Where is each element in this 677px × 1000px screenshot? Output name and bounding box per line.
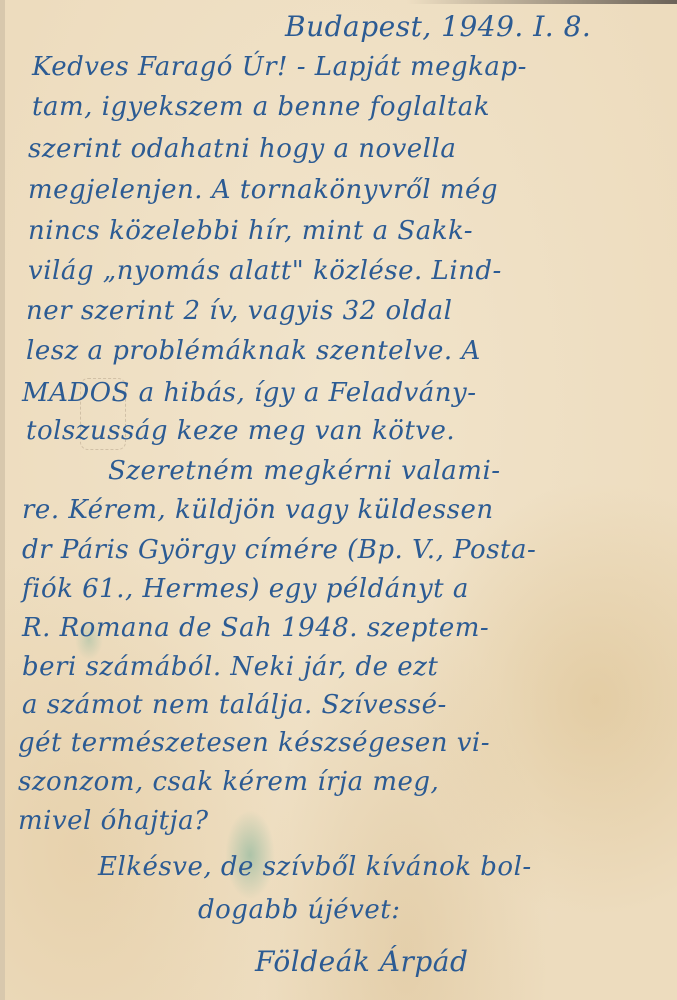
letter-line: re. Kérem, küldjön vagy küldessen xyxy=(22,495,494,525)
letter-line: szonzom, csak kérem írja meg, xyxy=(18,767,439,797)
postcard-back: Budapest, 1949. I. 8. Kedves Faragó Úr! … xyxy=(0,0,677,1000)
letter-line: lesz a problémáknak szentelve. A xyxy=(26,336,481,366)
letter-line: dr Páris György címére (Bp. V., Posta- xyxy=(22,535,536,565)
letter-line: R. Romana de Sah 1948. szeptem- xyxy=(22,613,489,643)
letter-line: MADOS a hibás, így a Feladvány- xyxy=(22,378,477,408)
letter-line: világ „nyomás alatt" közlése. Lind- xyxy=(28,256,502,286)
letter-line: tam, igyekszem a benne foglaltak xyxy=(32,92,490,122)
signature: Földeák Árpád xyxy=(255,945,468,978)
letter-line: a számot nem találja. Szívessé- xyxy=(22,690,447,720)
letter-line: mivel óhajtja? xyxy=(18,806,209,836)
letter-line: tolszusság keze meg van kötve. xyxy=(26,416,455,446)
letter-line: Kedves Faragó Úr! - Lapját megkap- xyxy=(32,52,527,82)
letter-line: nincs közelebbi hír, mint a Sakk- xyxy=(28,216,473,246)
letter-line: Szeretném megkérni valami- xyxy=(108,456,501,486)
closing-line: Elkésve, de szívből kívánok bol- xyxy=(98,852,532,882)
letter-line: beri számából. Neki jár, de ezt xyxy=(22,652,438,682)
letter-line: megjelenjen. A tornakönyvről még xyxy=(28,175,498,205)
letter-line: szerint odahatni hogy a novella xyxy=(28,134,456,164)
closing-line: dogabb újévet: xyxy=(198,895,400,925)
letter-line: gét természetesen készségesen vi- xyxy=(18,728,490,758)
letter-line: fiók 61., Hermes) egy példányt a xyxy=(22,574,469,604)
letter-line: ner szerint 2 ív, vagyis 32 oldal xyxy=(26,296,452,326)
dateline: Budapest, 1949. I. 8. xyxy=(285,10,591,43)
